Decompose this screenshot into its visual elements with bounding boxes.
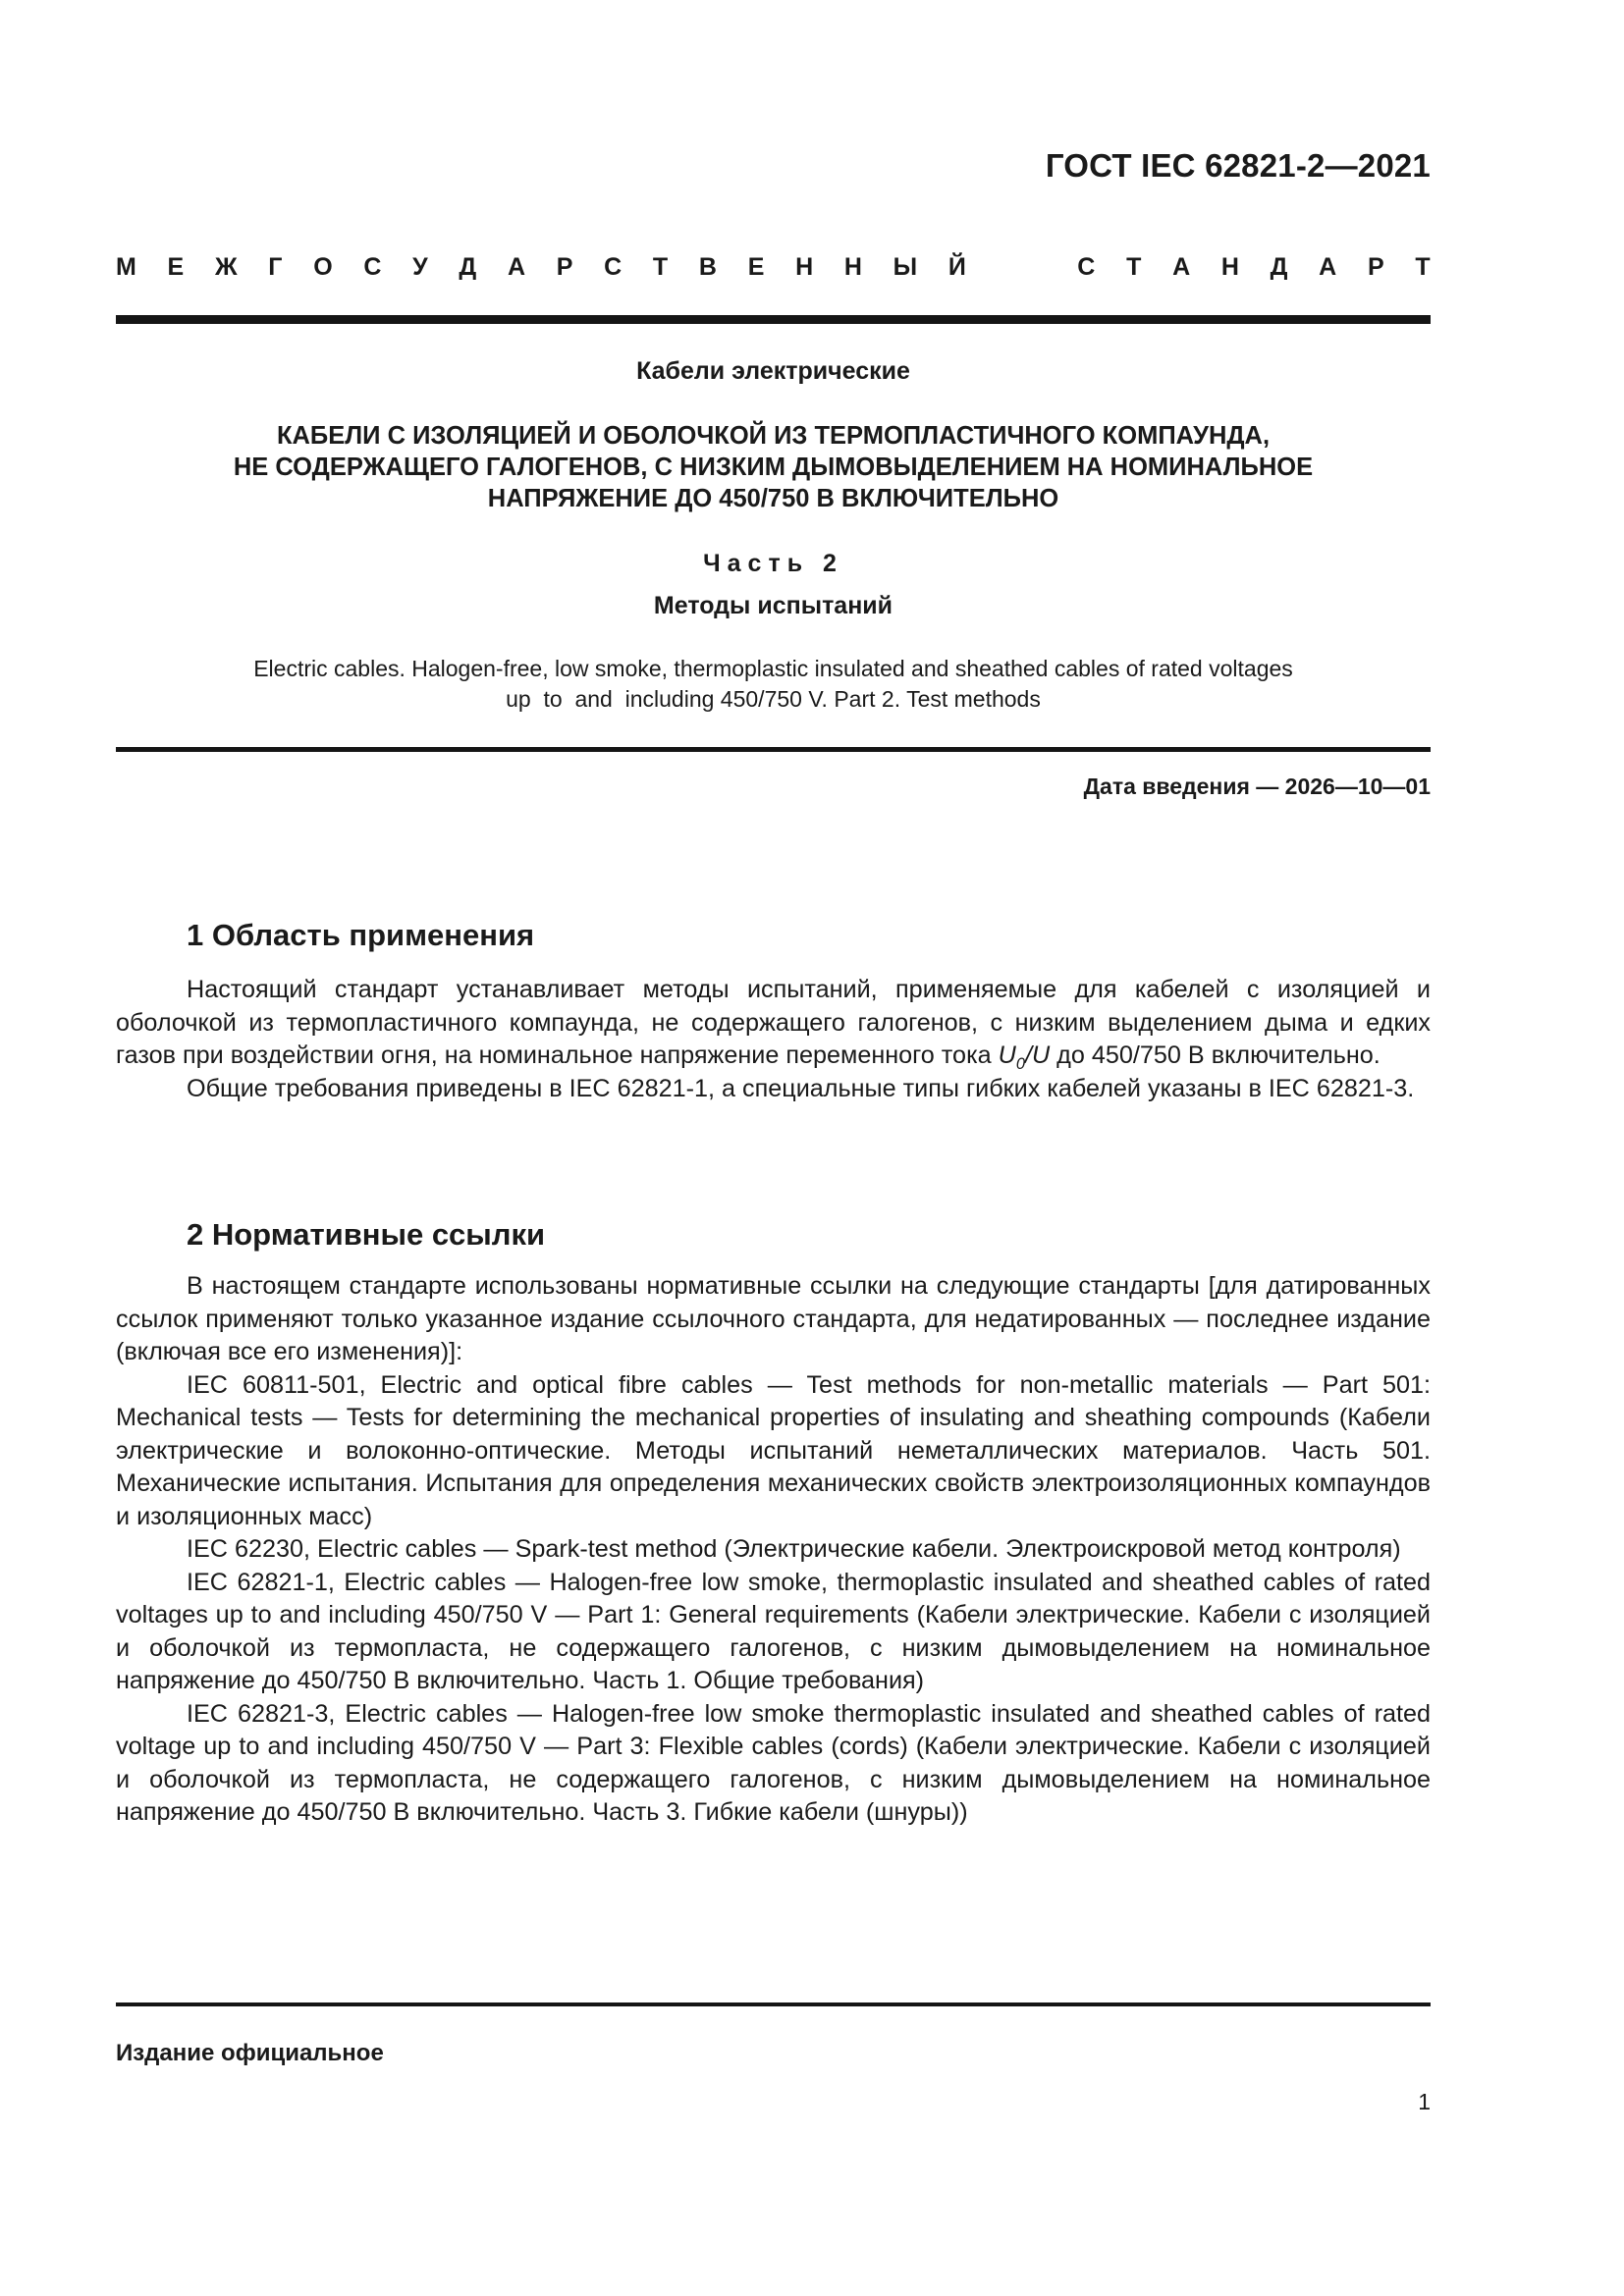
banner-letter: Й bbox=[948, 253, 966, 282]
banner-letter: Г bbox=[268, 253, 282, 282]
banner-letter: В bbox=[699, 253, 717, 282]
banner-letter: С bbox=[604, 253, 622, 282]
section-normative-references: 2 Нормативные ссылки В настоящем стандар… bbox=[116, 1215, 1431, 1830]
english-title-line: Electric cables. Halogen-free, low smoke… bbox=[116, 654, 1431, 684]
header-divider bbox=[116, 315, 1431, 324]
paragraph: Общие требования приведены в IEC 62821-1… bbox=[116, 1073, 1431, 1106]
section-scope: 1 Область применения Настоящий стандарт … bbox=[116, 916, 1431, 1105]
banner-letter: М bbox=[116, 253, 136, 282]
main-title-line: НАПРЯЖЕНИЕ ДО 450/750 В ВКЛЮЧИТЕЛЬНО bbox=[116, 483, 1431, 514]
reference-item: IEC 60811-501, Electric and optical fibr… bbox=[116, 1369, 1431, 1534]
banner-letter: А bbox=[508, 253, 525, 282]
reference-item: IEC 62230, Electric cables — Spark-test … bbox=[116, 1533, 1431, 1567]
banner-letter: Р bbox=[1368, 253, 1384, 282]
title-divider bbox=[116, 747, 1431, 752]
page-number: 1 bbox=[1418, 2089, 1431, 2115]
part-label: Часть 2 bbox=[116, 550, 1431, 578]
banner-letter: Е bbox=[748, 253, 765, 282]
banner-letter: Т bbox=[653, 253, 668, 282]
banner-letter: Н bbox=[795, 253, 813, 282]
footer-divider bbox=[116, 2002, 1431, 2006]
banner-letter: Д bbox=[459, 253, 476, 282]
section-heading: 2 Нормативные ссылки bbox=[187, 1215, 1431, 1255]
main-title-line: НЕ СОДЕРЖАЩЕГО ГАЛОГЕНОВ, С НИЗКИМ ДЫМОВ… bbox=[116, 452, 1431, 483]
english-title: Electric cables. Halogen-free, low smoke… bbox=[116, 654, 1431, 715]
banner-letter: А bbox=[1172, 253, 1190, 282]
part-title: Методы испытаний bbox=[116, 592, 1431, 620]
interstate-standard-banner: МЕЖГОСУДАРСТВЕННЫЙСТАНДАРТ bbox=[116, 253, 1431, 282]
banner-letter: Н bbox=[844, 253, 862, 282]
subject-heading: Кабели электрические bbox=[116, 357, 1431, 386]
banner-letter: Т bbox=[1415, 253, 1430, 282]
official-edition-label: Издание официальное bbox=[116, 2040, 384, 2067]
english-title-line: up to and including 450/750 V. Part 2. T… bbox=[116, 684, 1431, 715]
banner-letter: Н bbox=[1221, 253, 1239, 282]
banner-letter: У bbox=[412, 253, 428, 282]
banner-letter: С bbox=[363, 253, 381, 282]
reference-item: IEC 62821-1, Electric cables — Halogen-f… bbox=[116, 1567, 1431, 1698]
voltage-symbol: U0/U bbox=[999, 1041, 1051, 1069]
banner-letter: Д bbox=[1271, 253, 1288, 282]
paragraph: Настоящий стандарт устанавливает методы … bbox=[116, 974, 1431, 1073]
text-run: до 450/750 В включительно. bbox=[1050, 1041, 1380, 1069]
banner-letter: С bbox=[1077, 253, 1095, 282]
document-designation: ГОСТ IEC 62821-2—2021 bbox=[1046, 147, 1431, 185]
banner-letter: Ж bbox=[215, 253, 238, 282]
reference-item: IEC 62821-3, Electric cables — Halogen-f… bbox=[116, 1698, 1431, 1830]
main-title: КАБЕЛИ С ИЗОЛЯЦИЕЙ И ОБОЛОЧКОЙ ИЗ ТЕРМОП… bbox=[116, 420, 1431, 514]
banner-letter: Т bbox=[1126, 253, 1141, 282]
banner-letter: Ы bbox=[893, 253, 917, 282]
introduction-date: Дата введения — 2026—10—01 bbox=[1084, 774, 1431, 800]
paragraph: В настоящем стандарте использованы норма… bbox=[116, 1270, 1431, 1369]
banner-letter: О bbox=[313, 253, 332, 282]
banner-letter: Р bbox=[557, 253, 573, 282]
banner-letter: А bbox=[1319, 253, 1336, 282]
banner-word-gap bbox=[998, 253, 1047, 282]
banner-letter: Е bbox=[168, 253, 185, 282]
main-title-line: КАБЕЛИ С ИЗОЛЯЦИЕЙ И ОБОЛОЧКОЙ ИЗ ТЕРМОП… bbox=[116, 420, 1431, 452]
section-heading: 1 Область применения bbox=[187, 916, 1431, 955]
